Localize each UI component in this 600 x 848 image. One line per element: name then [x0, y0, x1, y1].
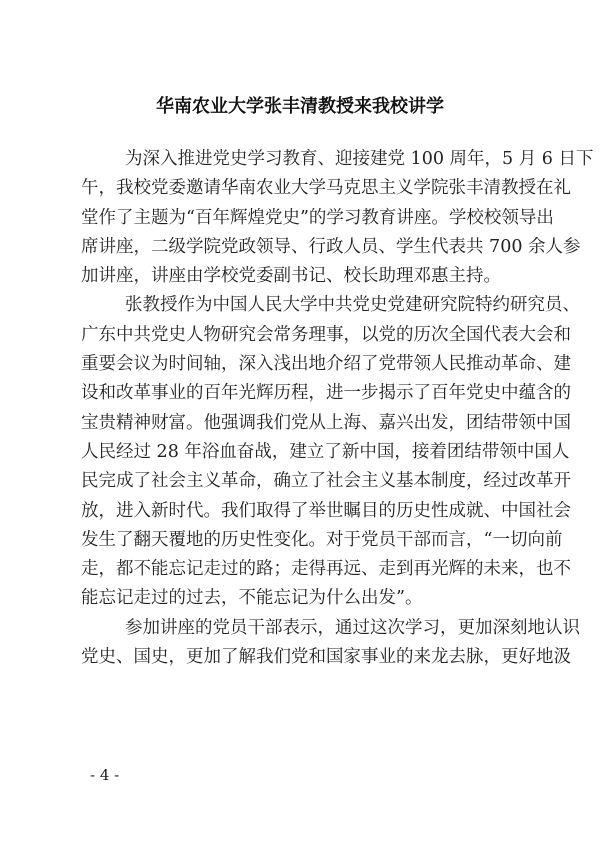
text-line: 席讲座，二级学院党政领导、行政人员、学生代表共 700 余人参 [81, 233, 524, 262]
text-line: 人民经过 28 年浴血奋战，建立了新中国，接着团结带领中国人 [81, 438, 524, 467]
text-line: 重要会议为时间轴，深入浅出地介绍了党带领人民推动革命、建 [81, 350, 524, 379]
article-title: 华南农业大学张丰清教授来我校讲学 [0, 92, 600, 118]
text-line: 为深入推进党史学习教育、迎接建党 100 周年，5 月 6 日下 [81, 145, 524, 174]
text-line: 午，我校党委邀请华南农业大学马克思主义学院张丰清教授在礼 [81, 174, 524, 203]
text-line: 走，都不能忘记走过的路；走得再远、走到再光辉的未来，也不 [81, 555, 524, 584]
page-number: - 4 - [90, 766, 119, 784]
text-line: 民完成了社会主义革命，确立了社会主义基本制度，经过改革开 [81, 467, 524, 496]
text-line: 宝贵精神财富。他强调我们党从上海、嘉兴出发，团结带领中国 [81, 409, 524, 438]
text-line: 张教授作为中国人民大学中共党史党建研究院特约研究员、 [81, 291, 524, 320]
text-line: 堂作了主题为“百年辉煌党史”的学习教育讲座。学校校领导出 [81, 204, 524, 233]
text-line: 加讲座，讲座由学校党委副书记、校长助理邓惠主持。 [81, 262, 524, 291]
text-line: 参加讲座的党员干部表示，通过这次学习，更加深刻地认识 [81, 614, 524, 643]
text-line: 能忘记走过的过去，不能忘记为什么出发”。 [81, 584, 524, 613]
text-line: 发生了翻天覆地的历史性变化。对于党员干部而言，“一切向前 [81, 526, 524, 555]
document-page: 华南农业大学张丰清教授来我校讲学 为深入推进党史学习教育、迎接建党 100 周年… [0, 0, 600, 848]
text-line: 广东中共党史人物研究会常务理事，以党的历次全国代表大会和 [81, 321, 524, 350]
text-line: 设和改革事业的百年光辉历程，进一步揭示了百年党史中蕴含的 [81, 379, 524, 408]
article-body: 为深入推进党史学习教育、迎接建党 100 周年，5 月 6 日下午，我校党委邀请… [81, 145, 524, 672]
text-line: 党史、国史，更加了解我们党和国家事业的来龙去脉，更好地汲 [81, 643, 524, 672]
text-line: 放，进入新时代。我们取得了举世瞩目的历史性成就、中国社会 [81, 497, 524, 526]
